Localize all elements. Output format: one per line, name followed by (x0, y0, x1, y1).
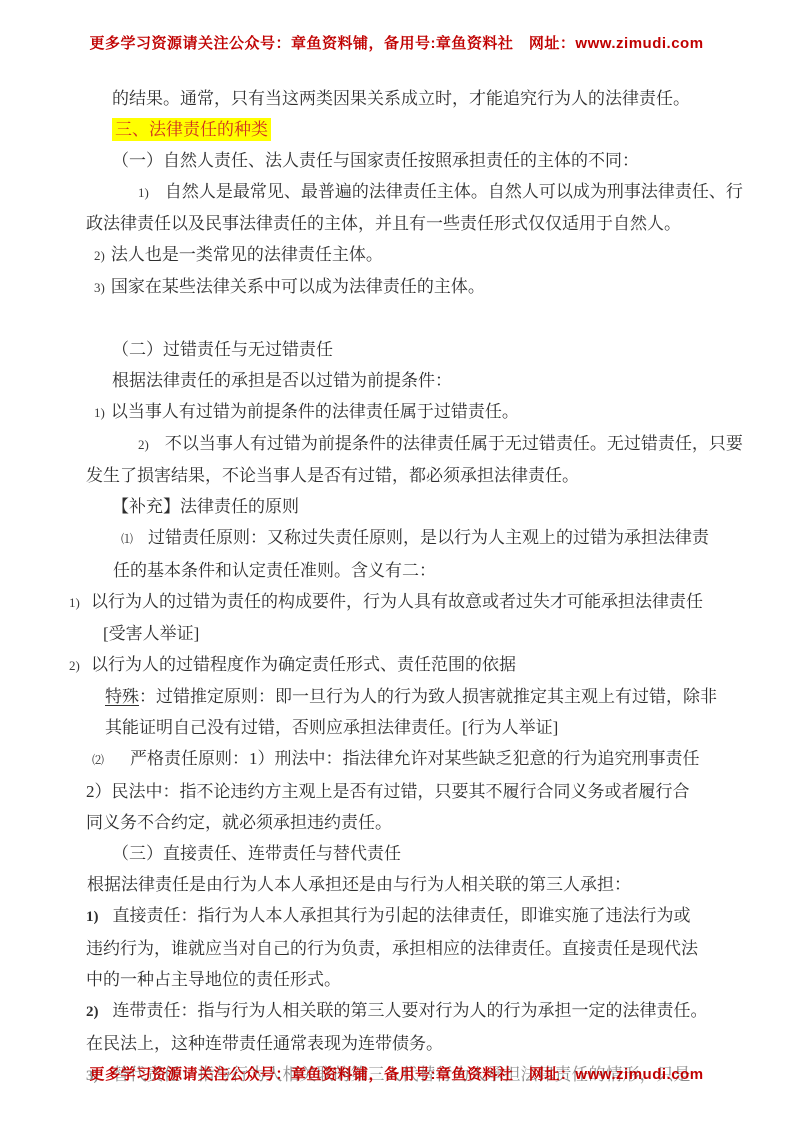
subsection-heading: （三）直接责任、连带责任与替代责任 (86, 838, 753, 869)
list-item: 2)以行为人的过错程度作为确定责任形式、责任范围的依据 (86, 649, 753, 681)
paragraph-text: 不以当事人有过错为前提条件的法律责任属于无过错责任。无过错责任，只要 发生了损害… (86, 434, 743, 485)
list-item: 1)以当事人有过错为前提条件的法律责任属于过错责任。 (86, 396, 753, 428)
list-item: 2)不以当事人有过错为前提条件的法律责任属于无过错责任。无过错责任，只要 发生了… (86, 428, 753, 491)
header-promo-text: 更多学习资源请关注公众号：章鱼资料铺，备用号:章鱼资料社 网址：www.zimu… (0, 32, 793, 53)
list-number: 1) (90, 397, 105, 428)
paragraph-text: 自然人是最常见、最普遍的法律责任主体。自然人可以成为刑事法律责任、行 政法律责任… (86, 182, 743, 233)
paragraph-text: 以行为人的过错程度作为确定责任形式、责任范围的依据 (91, 655, 516, 674)
paragraph: 根据法律责任是由行为人本人承担还是由与行为人相关联的第三人承担： (86, 869, 753, 900)
list-item: ⑴过错责任原则：又称过失责任原则，是以行为人主观上的过错为承担法律责 任的基本条… (86, 522, 753, 586)
subsection-heading: （一）自然人责任、法人责任与国家责任按照承担责任的主体的不同： (86, 145, 753, 176)
list-item: 1)自然人是最常见、最普遍的法律责任主体。自然人可以成为刑事法律责任、行 政法律… (86, 176, 753, 239)
paragraph-text: （二）过错责任与无过错责任 (112, 340, 333, 359)
list-number: ⑴ (117, 524, 133, 555)
list-number: 2) (112, 429, 149, 460)
list-item: 2)连带责任：指与行为人相关联的第三人要对行为人的行为承担一定的法律责任。 在民… (86, 995, 753, 1059)
paragraph-text: ：过错推定原则：即一旦行为人的行为致人损害就推定其主观上有过错，除非 其能证明自… (105, 687, 717, 737)
document-body: 的结果。通常，只有当这两类因果关系成立时，才能追究行为人的法律责任。三、法律责任… (86, 83, 753, 1090)
supplement-heading: 【补充】法律责任的原则 (86, 491, 753, 522)
list-number: 2) (86, 997, 99, 1028)
paragraph-text: 【补充】法律责任的原则 (112, 497, 299, 516)
underlined-term: 特殊 (105, 687, 139, 706)
list-item: 2)法人也是一类常见的法律责任主体。 (86, 239, 753, 271)
special-note: 特殊：过错推定原则：即一旦行为人的行为致人损害就推定其主观上有过错，除非 其能证… (86, 681, 753, 743)
subsection-heading: （二）过错责任与无过错责任 (86, 334, 753, 365)
paragraph-text: 以当事人有过错为前提条件的法律责任属于过错责任。 (111, 402, 519, 421)
paragraph-text: 法人也是一类常见的法律责任主体。 (111, 245, 383, 264)
list-item: 1)以行为人的过错为责任的构成要件，行为人具有故意或者过失才可能承担法律责任 [… (86, 586, 753, 649)
list-item: ⑵严格责任原则：1）刑法中：指法律允许对某些缺乏犯意的行为追究刑事责任 2）民法… (86, 743, 753, 838)
footer-promo-text: 更多学习资源请关注公众号：章鱼资料铺，备用号:章鱼资料社 网址：www.zimu… (0, 1063, 793, 1084)
list-item: 1)直接责任：指行为人本人承担其行为引起的法律责任，即谁实施了违法行为或 违约行… (86, 900, 753, 995)
paragraph-text: 根据法律责任的承担是否以过错为前提条件： (112, 371, 452, 390)
paragraph: 根据法律责任的承担是否以过错为前提条件： (86, 365, 753, 396)
paragraph-text: 以行为人的过错为责任的构成要件，行为人具有故意或者过失才可能承担法律责任 [受害… (91, 592, 703, 643)
list-number: 3) (90, 272, 105, 303)
list-item: 3)国家在某些法律关系中可以成为法律责任的主体。 (86, 271, 753, 303)
paragraph-continuation: 的结果。通常，只有当这两类因果关系成立时，才能追究行为人的法律责任。 (86, 83, 753, 114)
paragraph-text: 三、法律责任的种类 (112, 118, 271, 141)
paragraph-text: 根据法律责任是由行为人本人承担还是由与行为人相关联的第三人承担： (87, 875, 631, 894)
list-number: 1) (86, 902, 99, 933)
section-heading: 三、法律责任的种类 (86, 114, 753, 145)
blank-line (86, 303, 753, 334)
paragraph-text: 连带责任：指与行为人相关联的第三人要对行为人的行为承担一定的法律责任。 在民法上… (86, 1001, 708, 1053)
paragraph-text: 的结果。通常，只有当这两类因果关系成立时，才能追究行为人的法律责任。 (112, 89, 690, 108)
list-number: 2) (90, 240, 105, 271)
paragraph-text: 国家在某些法律关系中可以成为法律责任的主体。 (111, 277, 485, 296)
document-page: 更多学习资源请关注公众号：章鱼资料铺，备用号:章鱼资料社 网址：www.zimu… (0, 0, 793, 1122)
paragraph-text: （三）直接责任、连带责任与替代责任 (112, 844, 401, 863)
list-number: ⑵ (89, 745, 104, 776)
paragraph-text: 直接责任：指行为人本人承担其行为引起的法律责任，即谁实施了违法行为或 违约行为，… (86, 906, 698, 989)
paragraph-text: （一）自然人责任、法人责任与国家责任按照承担责任的主体的不同： (112, 151, 639, 170)
list-number: 1) (112, 177, 149, 208)
paragraph-text: 过错责任原则：又称过失责任原则，是以行为人主观上的过错为承担法律责 任的基本条件… (113, 528, 709, 580)
paragraph-text: 严格责任原则：1）刑法中：指法律允许对某些缺乏犯意的行为追究刑事责任 2）民法中… (86, 749, 700, 832)
